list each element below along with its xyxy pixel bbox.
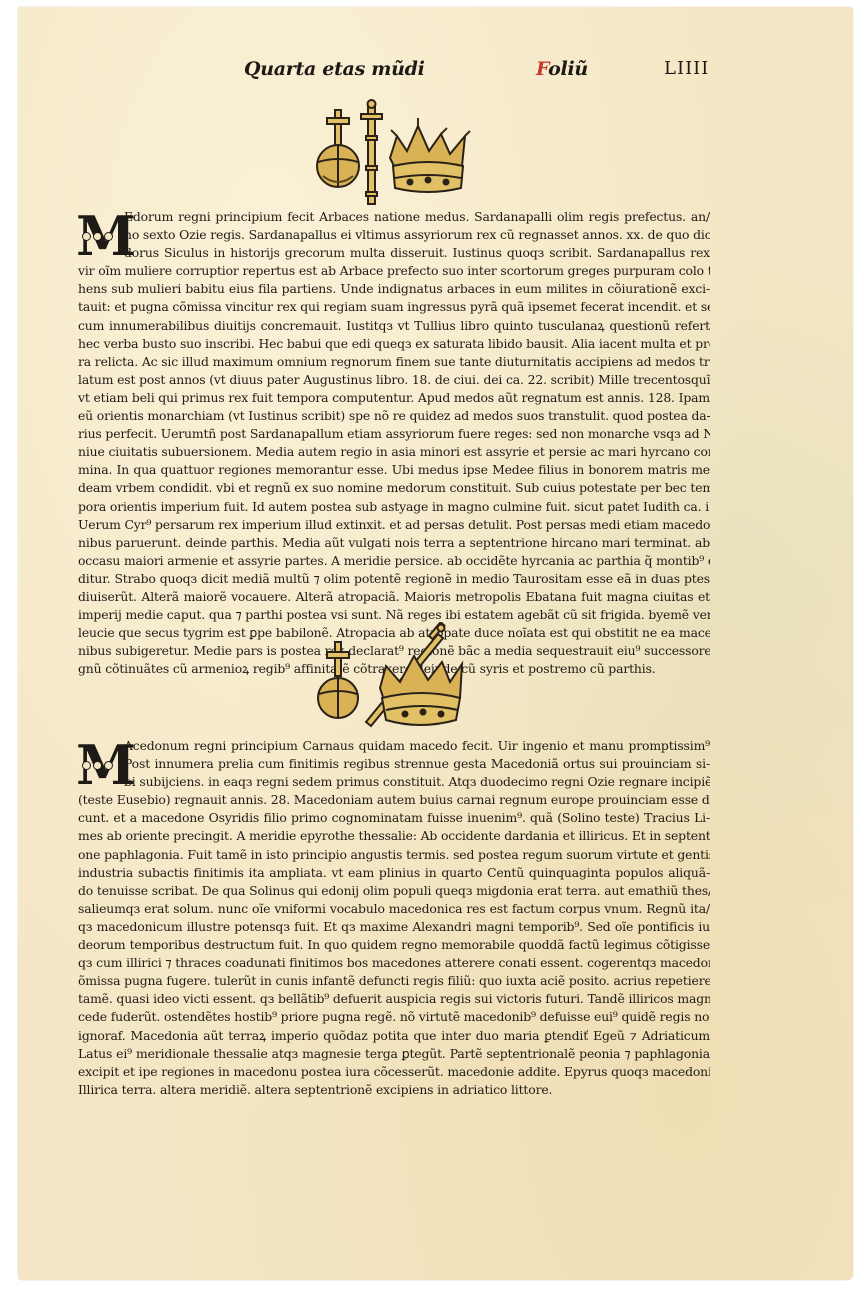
text-line: diuiserũt. Alterã maiorẽ vocauere. Alter…	[78, 588, 710, 606]
regalia-woodcut-2	[310, 622, 470, 734]
text-line: qз macedonicum illustre potensqз fuit. E…	[78, 918, 710, 936]
text-line: deam vrbem condidit. vbi et regnũ ex suo…	[78, 479, 710, 497]
regalia-woodcut-1	[315, 96, 475, 208]
scepter-icon	[361, 100, 382, 204]
text-line: õmissa pugna fugere. tulerũt in cunis in…	[78, 972, 710, 990]
text-line: deorum temporibus destructum fuit. In qu…	[78, 936, 710, 954]
text-line: vt etiam beli qui primus rex fuit tempor…	[78, 389, 710, 407]
text-line: cum innumerabilibus diuitijs concremauit…	[78, 317, 710, 335]
section-medes: M Edorum regni principium fecit Arbaces …	[78, 208, 710, 678]
folio-label: Foliũ	[536, 58, 588, 80]
text-line: bi subijciens. in eaqз regni sedem primu…	[78, 773, 710, 791]
text-line: Post innumera prelia cum finitimis regib…	[78, 755, 710, 773]
text-line: hens sub mulieri babitu eius fila partie…	[78, 280, 710, 298]
text-line: nibus paruerunt. deinde parthis. Media a…	[78, 534, 710, 552]
folio-label-rest: oliũ	[548, 58, 588, 80]
text-line: Illirica terra. altera meridiẽ. altera s…	[78, 1081, 710, 1099]
text-line: Acedonum regni principium Carnaus quidam…	[78, 737, 710, 755]
orb-icon	[318, 642, 358, 718]
text-line: ignoraf. Macedonia aũt terraꝝ imperio qu…	[78, 1027, 710, 1045]
text-line: one paphlagonia. Fuit tamẽ in isto princ…	[78, 846, 710, 864]
text-line: hec verba busto suo inscribi. Hec babui …	[78, 335, 710, 353]
text-line: tamẽ. quasi ideo victi essent. qз bellãt…	[78, 990, 710, 1008]
text-line: mes ab oriente precingit. A meridie epyr…	[78, 827, 710, 845]
text-line: latum est post annos (vt diuus pater Aug…	[78, 371, 710, 389]
text-line: Edorum regni principium fecit Arbaces na…	[78, 208, 710, 226]
text-line: eũ orientis monarchiam (vt Iustinus scri…	[78, 407, 710, 425]
folio-label-initial: F	[536, 58, 548, 80]
text-line: niue ciuitatis subuersionem. Media autem…	[78, 443, 710, 461]
text-line: occasu maiori armenie et assyrie partes.…	[78, 552, 710, 570]
text-line: ra relicta. Ac sic illud maximum omnium …	[78, 353, 710, 371]
text-line: mina. In qua quattuor regiones memorantu…	[78, 461, 710, 479]
text-line: rius perfecit. Uerumtñ post Sardanapallu…	[78, 425, 710, 443]
orb-icon	[317, 110, 359, 187]
text-line: tauit: et pugna cõmissa vincitur rex qui…	[78, 298, 710, 316]
section-macedonians: M Acedonum regni principium Carnaus quid…	[78, 737, 710, 1099]
text-line: do tenuisse scribat. De qua Solinus qui …	[78, 882, 710, 900]
text-line: dorus Siculus in historijs grecorum mult…	[78, 244, 710, 262]
decorated-initial-m: M	[76, 739, 120, 791]
text-line: qз cum illirici ⁊ thraces coadunati fini…	[78, 954, 710, 972]
page-header: Quarta etas mũdi Foliũ LIIII	[0, 58, 864, 88]
text-line: cede fuderũt. ostendẽtes hostib⁹ priore …	[78, 1008, 710, 1026]
running-title: Quarta etas mũdi	[244, 58, 425, 80]
text-line: Latus ei⁹ meridionale thessalie atqз mag…	[78, 1045, 710, 1063]
text-line: cunt. et a macedone Osyridis filio primo…	[78, 809, 710, 827]
text-line: (teste Eusebio) regnauit annis. 28. Mace…	[78, 791, 710, 809]
text-line: excipit et ipe regiones in macedonu post…	[78, 1063, 710, 1081]
text-line: ditur. Strabo quoqз dicit mediã multũ ⁊ …	[78, 570, 710, 588]
text-line: Uerum Cyr⁹ persarum rex imperium illud e…	[78, 516, 710, 534]
text-line: no sexto Ozie regis. Sardanapallus ei vl…	[78, 226, 710, 244]
text-line: vir oĩm muliere corruptior repertus est …	[78, 262, 710, 280]
folio-number: LIIII	[664, 58, 709, 79]
decorated-initial-m: M	[76, 210, 120, 262]
text-line: industria subactis finitimis ita ampliat…	[78, 864, 710, 882]
text-line: pora orientis imperium fuit. Id autem po…	[78, 498, 710, 516]
crown-icon	[390, 118, 470, 192]
crown-icon	[380, 656, 462, 725]
text-line: salieumqз erat solum. nunc oĩe vniformi …	[78, 900, 710, 918]
